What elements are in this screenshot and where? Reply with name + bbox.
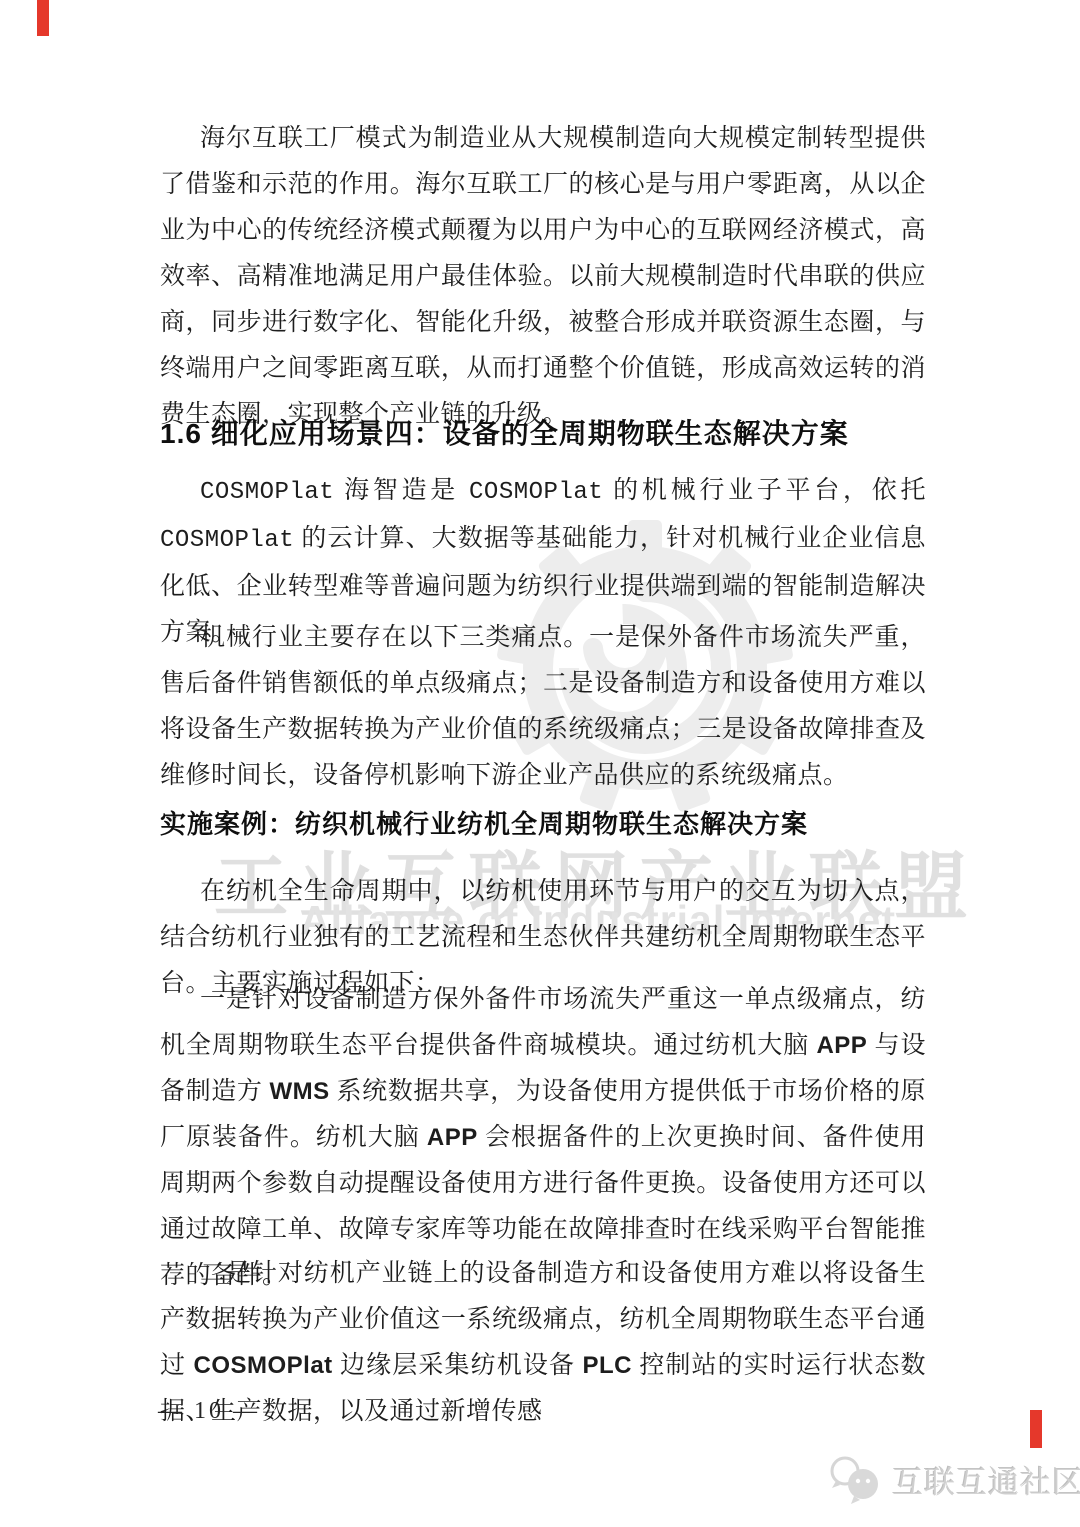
latin-term: COSMOPlat [193, 1352, 332, 1379]
community-brand: 互联互通社区 [826, 1450, 1080, 1508]
text-run: 的机械行业子平台，依托 [603, 477, 926, 504]
page-number: — 10 — [158, 1398, 260, 1425]
latin-term: COSMOPlat [469, 479, 603, 506]
measure-two-paragraph: 二是针对纺机产业链上的设备制造方和设备使用方难以将设备生产数据转换为产业价值这一… [160, 1251, 926, 1435]
red-edge-mark-top-left [37, 0, 49, 36]
intro-paragraph: 海尔互联工厂模式为制造业从大规模制造向大规模定制转型提供了借鉴和示范的作用。海尔… [160, 116, 926, 438]
red-edge-mark-bottom-right [1030, 1410, 1042, 1448]
latin-term: WMS [269, 1078, 329, 1105]
text-run: 海尔互联工厂模式为制造业从大规模制造向大规模定制转型提供了借鉴和示范的作用。海尔… [160, 125, 926, 428]
brand-label: 互联互通社区 [892, 1457, 1080, 1502]
latin-term: APP [427, 1124, 478, 1151]
latin-term: COSMOPlat [160, 527, 294, 554]
text-run: 机械行业主要存在以下三类痛点。一是保外备件市场流失严重，售后备件销售额低的单点级… [160, 624, 926, 789]
text-run: 海智造是 [334, 477, 469, 504]
latin-term: APP [816, 1032, 867, 1059]
latin-term: PLC [582, 1352, 632, 1379]
text-run: 边缘层采集纺机设备 [333, 1352, 583, 1379]
section-heading-1-6: 1.6 细化应用场景四：设备的全周期物联生态解决方案 [160, 414, 926, 454]
latin-term: COSMOPlat [200, 479, 334, 506]
document-page: 工业互联网产业联盟 Alliance of Industrial Interne… [0, 0, 1080, 1527]
text-run: 一是针对设备制造方保外备件市场流失严重这一单点级痛点，纺机全周期物联生态平台提供… [160, 986, 926, 1059]
pain-points-paragraph: 机械行业主要存在以下三类痛点。一是保外备件市场流失严重，售后备件销售额低的单点级… [160, 615, 926, 799]
case-subheading: 实施案例：纺织机械行业纺机全周期物联生态解决方案 [160, 806, 926, 842]
wechat-bubbles-icon [826, 1450, 884, 1508]
